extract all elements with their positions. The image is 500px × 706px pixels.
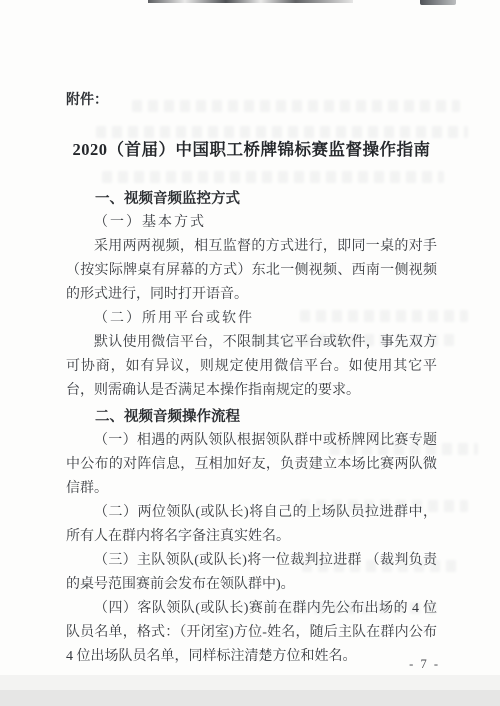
- section-heading: 二、视频音频操作流程: [66, 405, 437, 429]
- page-number: - 7 -: [409, 657, 440, 671]
- paragraph: （一）相遇的两队领队根据领队群中或桥牌网比赛专题中公布的对阵信息，互相加好友，负…: [66, 429, 437, 501]
- paragraph: 默认使用微信平台，不限制其它平台或软件，事先双方可协商，如有异议，则规定使用微信…: [66, 331, 437, 403]
- document-title: 2020（首届）中国职工桥牌锦标赛监督操作指南: [66, 139, 437, 161]
- paragraph: （三）主队领队(或队长)将一位裁判拉进群 （裁判负责的桌号范围赛前会发布在领队群…: [66, 549, 437, 597]
- scan-edge-band-dark: [0, 690, 500, 706]
- document-content: 附件： 2020（首届）中国职工桥牌锦标赛监督操作指南 一、视频音频监控方式（一…: [66, 0, 437, 669]
- paragraph: 采用两两视频，相互监督的方式进行，即同一桌的对手（按实际牌桌有屏幕的方式）东北一…: [66, 235, 437, 307]
- paragraph: （四）客队领队(或队长)赛前在群内先公布出场的 4 位队员名单，格式：（开闭室)…: [66, 597, 437, 669]
- scan-edge-band-light: [0, 675, 500, 690]
- section-heading: 一、视频音频监控方式: [66, 187, 437, 211]
- document-page: 附件： 2020（首届）中国职工桥牌锦标赛监督操作指南 一、视频音频监控方式（一…: [0, 0, 500, 706]
- attachment-label: 附件：: [66, 89, 437, 109]
- sub-heading: （一）基本方式: [66, 211, 437, 235]
- paragraph: （二）两位领队(或队长)将自己的上场队员拉进群中，所有人在群内将名字备注真实姓名…: [66, 501, 437, 549]
- sections-container: 一、视频音频监控方式（一）基本方式采用两两视频，相互监督的方式进行，即同一桌的对…: [66, 187, 437, 669]
- sub-heading: （二）所用平台或软件: [66, 307, 437, 331]
